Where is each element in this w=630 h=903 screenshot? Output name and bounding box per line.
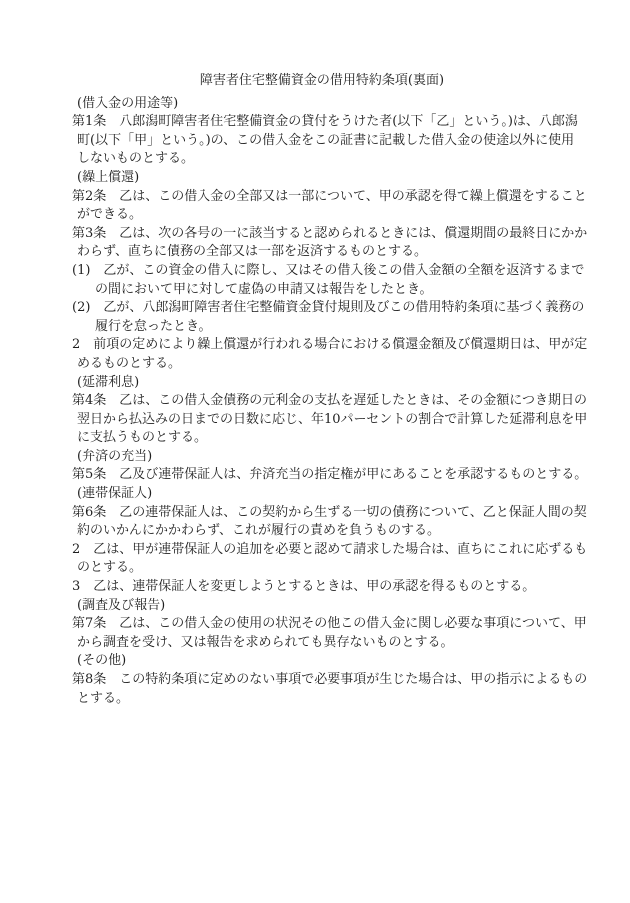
document-title: 障害者住宅整備資金の借用特約条項(裏面) — [72, 72, 572, 91]
document-line: 第8条 この特約条項に定めのない事項で必要事項が生じた場合は、甲の指示によるもの — [72, 671, 572, 690]
document-line: (弁済の充当) — [77, 448, 572, 467]
document-line: しないものとする。 — [77, 150, 572, 169]
document-line: 約のいかんにかかわらず、これが履行の責めを負うものする。 — [77, 522, 572, 541]
document-body: 障害者住宅整備資金の借用特約条項(裏面) (借入金の用途等)第1条 八郎潟町障害… — [72, 72, 572, 708]
document-line: 第2条 乙は、この借入金の全部又は一部について、甲の承認を得て繰上償還をすること — [72, 188, 572, 207]
document-line: (延滞利息) — [77, 374, 572, 393]
document-line: ができる。 — [77, 206, 572, 225]
document-line: (1) 乙が、この資金の借入に際し、又はその借入後この借入金額の全額を返済するま… — [72, 262, 572, 281]
document-line: に支払うものとする。 — [77, 429, 572, 448]
document-line: の間において甲に対して虚偽の申請又は報告をしたとき。 — [95, 281, 572, 300]
document-line: 第3条 乙は、次の各号の一に該当すると認められるときには、償還期間の最終日にかか — [72, 225, 572, 244]
document-line: (繰上償還) — [77, 169, 572, 188]
document-line: 第5条 乙及び連帯保証人は、弁済充当の指定権が甲にあることを承認するものとする。 — [72, 466, 572, 485]
document-line: 町(以下「甲」という。)の、この借入金をこの証書に記載した借入金の使途以外に使用 — [77, 132, 572, 151]
document-line: 履行を怠ったとき。 — [95, 318, 572, 337]
document-page: 障害者住宅整備資金の借用特約条項(裏面) (借入金の用途等)第1条 八郎潟町障害… — [0, 0, 630, 903]
document-line: 3 乙は、連帯保証人を変更しようとするときは、甲の承認を得るものとする。 — [72, 578, 572, 597]
document-line: 第6条 乙の連帯保証人は、この契約から生ずる一切の債務について、乙と保証人間の契 — [72, 504, 572, 523]
document-line: (借入金の用途等) — [77, 95, 572, 114]
document-line: (連帯保証人) — [77, 485, 572, 504]
document-line: 第7条 乙は、この借入金の使用の状況その他この借入金に関し必要な事項について、甲 — [72, 615, 572, 634]
document-line: のとする。 — [77, 559, 572, 578]
document-line: (調査及び報告) — [77, 597, 572, 616]
document-line: 2 乙は、甲が連帯保証人の追加を必要と認めて請求した場合は、直ちにこれに応ずるも — [72, 541, 572, 560]
document-line: わらず、直ちに債務の全部又は一部を返済するものとする。 — [77, 243, 572, 262]
document-line: 第4条 乙は、この借入金債務の元利金の支払を遅延したときは、その金額につき期日の — [72, 392, 572, 411]
document-line: 翌日から払込みの日までの日数に応じ、年10パーセントの割合で計算した延滞利息を甲 — [77, 411, 572, 430]
document-line: とする。 — [77, 690, 572, 709]
document-lines: (借入金の用途等)第1条 八郎潟町障害者住宅整備資金の貸付をうけた者(以下「乙」… — [72, 95, 572, 709]
document-line: (その他) — [77, 652, 572, 671]
document-line: 第1条 八郎潟町障害者住宅整備資金の貸付をうけた者(以下「乙」という。)は、八郎… — [72, 113, 572, 132]
document-line: めるものとする。 — [77, 355, 572, 374]
document-line: (2) 乙が、八郎潟町障害者住宅整備資金貸付規則及びこの借用特約条項に基づく義務… — [72, 299, 572, 318]
document-line: から調査を受け、又は報告を求められても異存ないものとする。 — [77, 634, 572, 653]
document-line: 2 前項の定めにより繰上償還が行われる場合における償還金額及び償還期日は、甲が定 — [72, 336, 572, 355]
